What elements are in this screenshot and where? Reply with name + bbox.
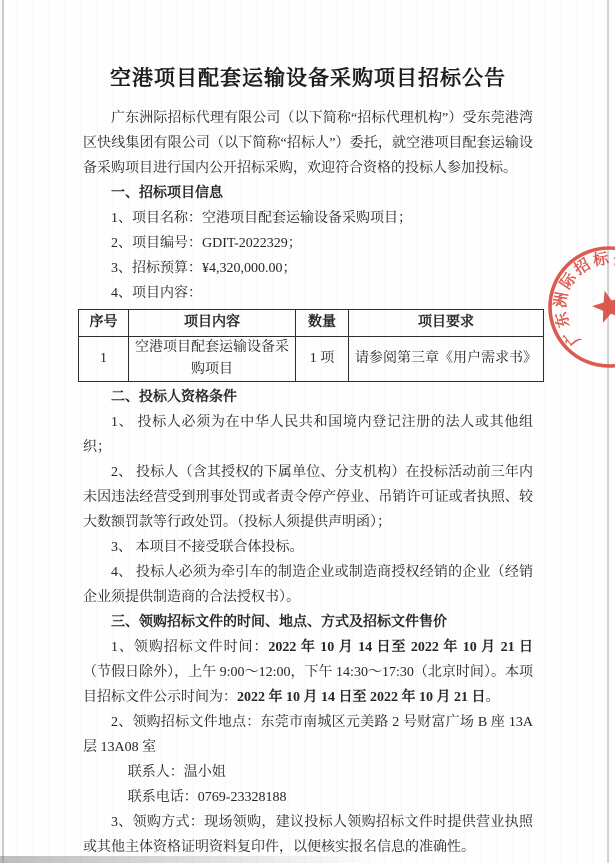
cell-qty: 1 项 [296, 337, 349, 382]
col-header-content: 项目内容 [129, 310, 296, 337]
date-range-2: 2022 年 10 月 14 日至 2022 年 10 月 21 日 [237, 690, 486, 705]
qualification-item-1: 1、 投标人必须为在中华人民共和国境内登记注册的法人或其他组织； [83, 410, 533, 460]
section2-heading: 二、投标人资格条件 [83, 385, 533, 410]
purchase-time-suffix: 。 [486, 690, 500, 705]
table-header-row: 序号 项目内容 数量 项目要求 [79, 310, 544, 337]
document-body: 空港项目配套运输设备采购项目招标公告 广东洲际招标代理有限公司（以下简称“招标代… [0, 0, 615, 860]
budget-item: 3、招标预算：¥4,320,000.00； [83, 256, 533, 281]
qualification-item-4: 4、 投标人必须为牵引车的制造企业或制造商授权经销的企业（经销企业须提供制造商的… [83, 560, 533, 610]
cell-content: 空港项目配套运输设备采购项目 [129, 337, 296, 382]
contact-name: 联系人：温小姐 [83, 760, 533, 785]
qualification-item-2: 2、 投标人（含其授权的下属单位、分支机构）在投标活动前三年内未因违法经营受到刑… [83, 460, 533, 535]
section1-heading: 一、招标项目信息 [83, 181, 533, 206]
purchase-location-item: 2、领购招标文件地点：东莞市南城区元美路 2 号财富广场 B 座 13A 层 1… [83, 710, 533, 760]
intro-paragraph: 广东洲际招标代理有限公司（以下简称“招标代理机构”）受东莞港湾区快线集团有限公司… [83, 106, 533, 181]
page-title: 空港项目配套运输设备采购项目招标公告 [83, 64, 533, 93]
purchase-time-item: 1、领购招标文件时间：2022 年 10 月 14 日至 2022 年 10 月… [83, 635, 533, 710]
project-number-item: 2、项目编号：GDIT-2022329； [83, 231, 533, 256]
cell-req: 请参阅第三章《用户需求书》 [349, 337, 544, 382]
col-header-req: 项目要求 [349, 310, 544, 337]
date-range-1: 2022 年 10 月 14 日至 2022 年 10 月 21 日 [268, 640, 533, 655]
purchase-method-item: 3、领购方式：现场领购，建议投标人领购招标文件时提供营业执照或其他主体资格证明资… [83, 810, 533, 860]
purchase-time-prefix: 1、领购招标文件时间： [111, 640, 268, 655]
project-table: 序号 项目内容 数量 项目要求 1 空港项目配套运输设备采购项目 1 项 请参阅… [78, 309, 544, 382]
project-name-item: 1、项目名称：空港项目配套运输设备采购项目； [83, 206, 533, 231]
col-header-no: 序号 [79, 310, 129, 337]
contact-phone: 联系电话：0769-23328188 [83, 785, 533, 810]
cell-no: 1 [79, 337, 129, 382]
section3-heading: 三、领购招标文件的时间、地点、方式及招标文件售价 [83, 610, 533, 635]
qualification-item-3: 3、 本项目不接受联合体投标。 [83, 535, 533, 560]
project-content-item: 4、项目内容： [83, 281, 533, 306]
table-row: 1 空港项目配套运输设备采购项目 1 项 请参阅第三章《用户需求书》 [79, 337, 544, 382]
scanned-document-page: 空港项目配套运输设备采购项目招标公告 广东洲际招标代理有限公司（以下简称“招标代… [0, 0, 615, 863]
col-header-qty: 数量 [296, 310, 349, 337]
